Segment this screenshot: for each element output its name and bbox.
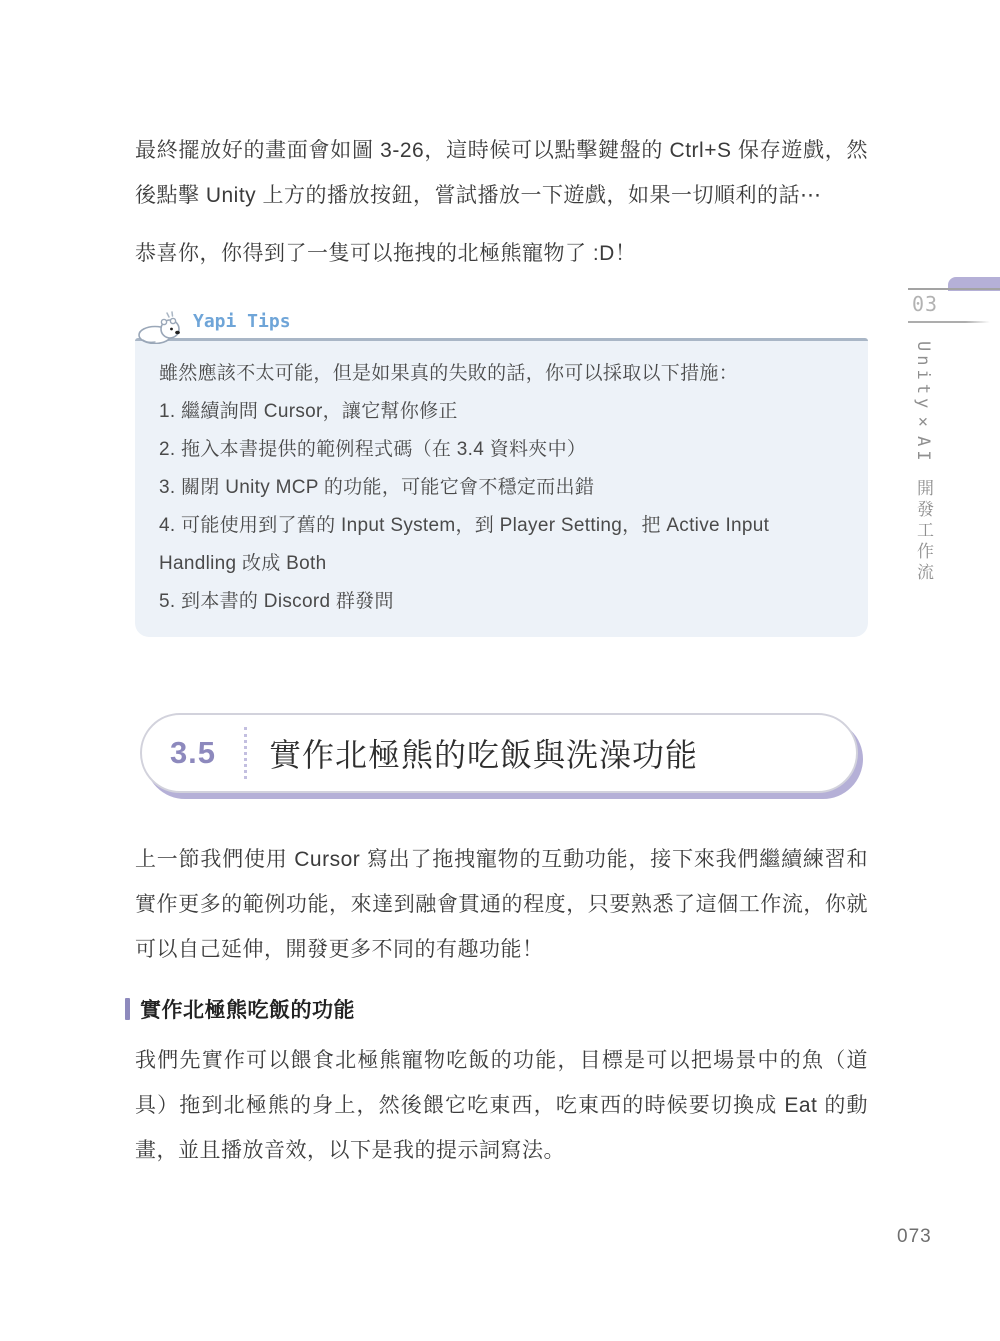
tips-item-4: 4. 可能使用到了舊的 Input System，到 Player Settin… xyxy=(159,507,844,583)
body-paragraph-2: 我們先實作可以餵食北極熊寵物吃飯的功能，目標是可以把場景中的魚（道具）拖到北極熊… xyxy=(135,1038,868,1173)
tips-item-5: 5. 到本書的 Discord 群發問 xyxy=(159,583,844,621)
tips-intro: 雖然應該不太可能，但是如果真的失敗的話，你可以採取以下措施： xyxy=(159,355,844,393)
chapter-tab-line xyxy=(908,288,1000,290)
page-content: 最終擺放好的畫面會如圖 3-26，這時候可以點擊鍵盤的 Ctrl+S 保存遊戲，… xyxy=(135,128,868,1173)
subsection-accent-bar xyxy=(125,998,130,1020)
chapter-number: 03 xyxy=(912,292,938,316)
tips-callout: Yapi Tips 雖然應該不太可能，但是如果真的失敗的話，你可以採取以下措施：… xyxy=(135,302,868,637)
tips-label: Yapi Tips xyxy=(193,311,291,338)
body-paragraph-1: 上一節我們使用 Cursor 寫出了拖拽寵物的互動功能，接下來我們繼續練習和實作… xyxy=(135,837,868,972)
tips-item-2: 2. 拖入本書提供的範例程式碼（在 3.4 資料夾中） xyxy=(159,431,844,469)
tips-item-1: 1. 繼續詢問 Cursor，讓它幫你修正 xyxy=(159,393,844,431)
subsection-header: 實作北極熊吃飯的功能 xyxy=(125,994,868,1024)
page-number: 073 xyxy=(897,1226,932,1248)
section-header-3-5: 3.5 實作北極熊的吃飯與洗澡功能 xyxy=(140,713,858,793)
subsection-title: 實作北極熊吃飯的功能 xyxy=(140,994,355,1024)
tips-item-3: 3. 關閉 Unity MCP 的功能，可能它會不穩定而出錯 xyxy=(159,469,844,507)
section-number: 3.5 xyxy=(142,735,244,771)
tips-box: 雖然應該不太可能，但是如果真的失敗的話，你可以採取以下措施： 1. 繼續詢問 C… xyxy=(135,338,868,637)
polar-bear-icon xyxy=(137,310,183,344)
chapter-title-vertical: Unity×AI 開發工作流 xyxy=(911,341,936,741)
intro-paragraph-1: 最終擺放好的畫面會如圖 3-26，這時候可以點擊鍵盤的 Ctrl+S 保存遊戲，… xyxy=(135,128,868,218)
chapter-number-underline xyxy=(908,321,990,323)
intro-paragraph-2: 恭喜你，你得到了一隻可以拖拽的北極熊寵物了 :D！ xyxy=(135,231,868,276)
tips-header: Yapi Tips xyxy=(137,302,868,338)
section-title: 實作北極熊的吃飯與洗澡功能 xyxy=(247,730,698,776)
